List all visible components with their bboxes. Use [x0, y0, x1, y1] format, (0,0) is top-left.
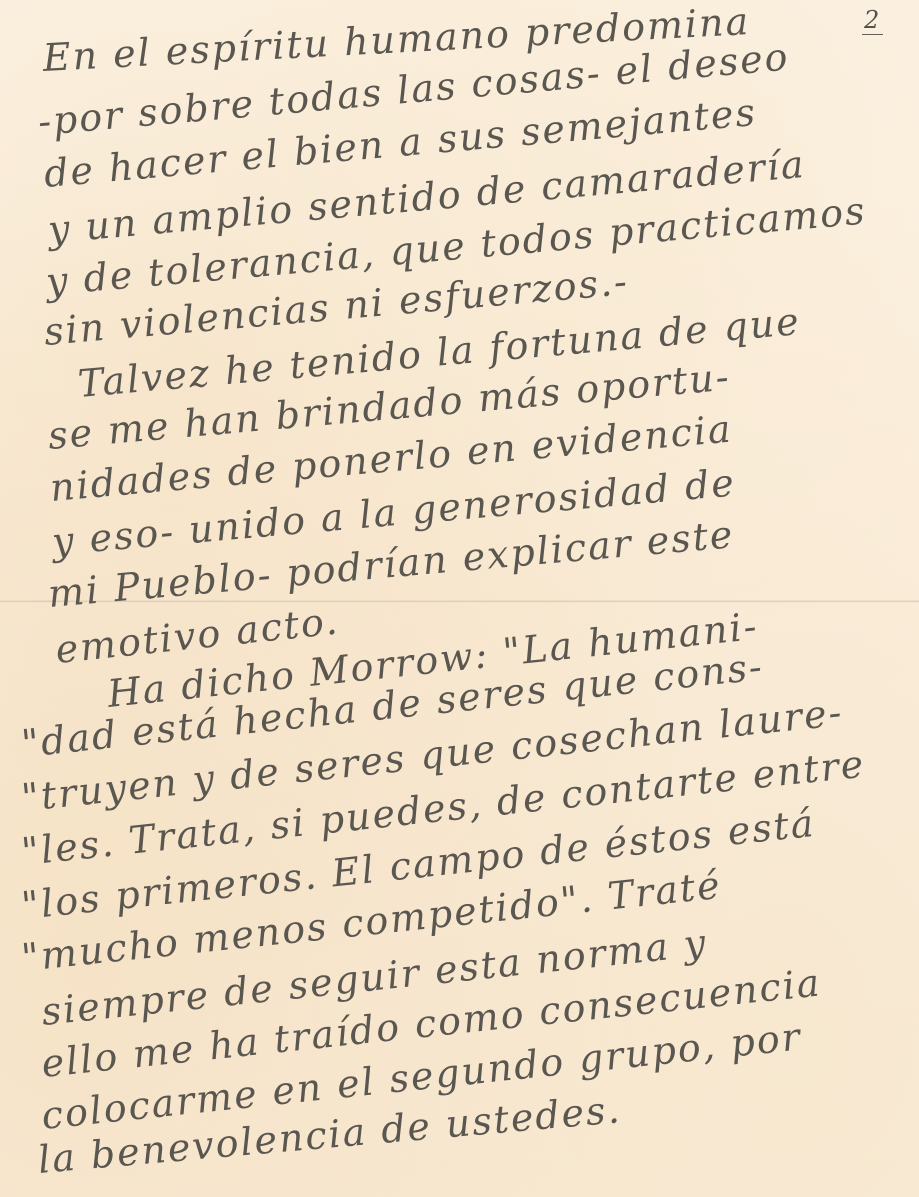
page-number: 2 [862, 6, 883, 35]
letter-page: 2 En el espíritu humano predomina -por s… [0, 0, 919, 1197]
